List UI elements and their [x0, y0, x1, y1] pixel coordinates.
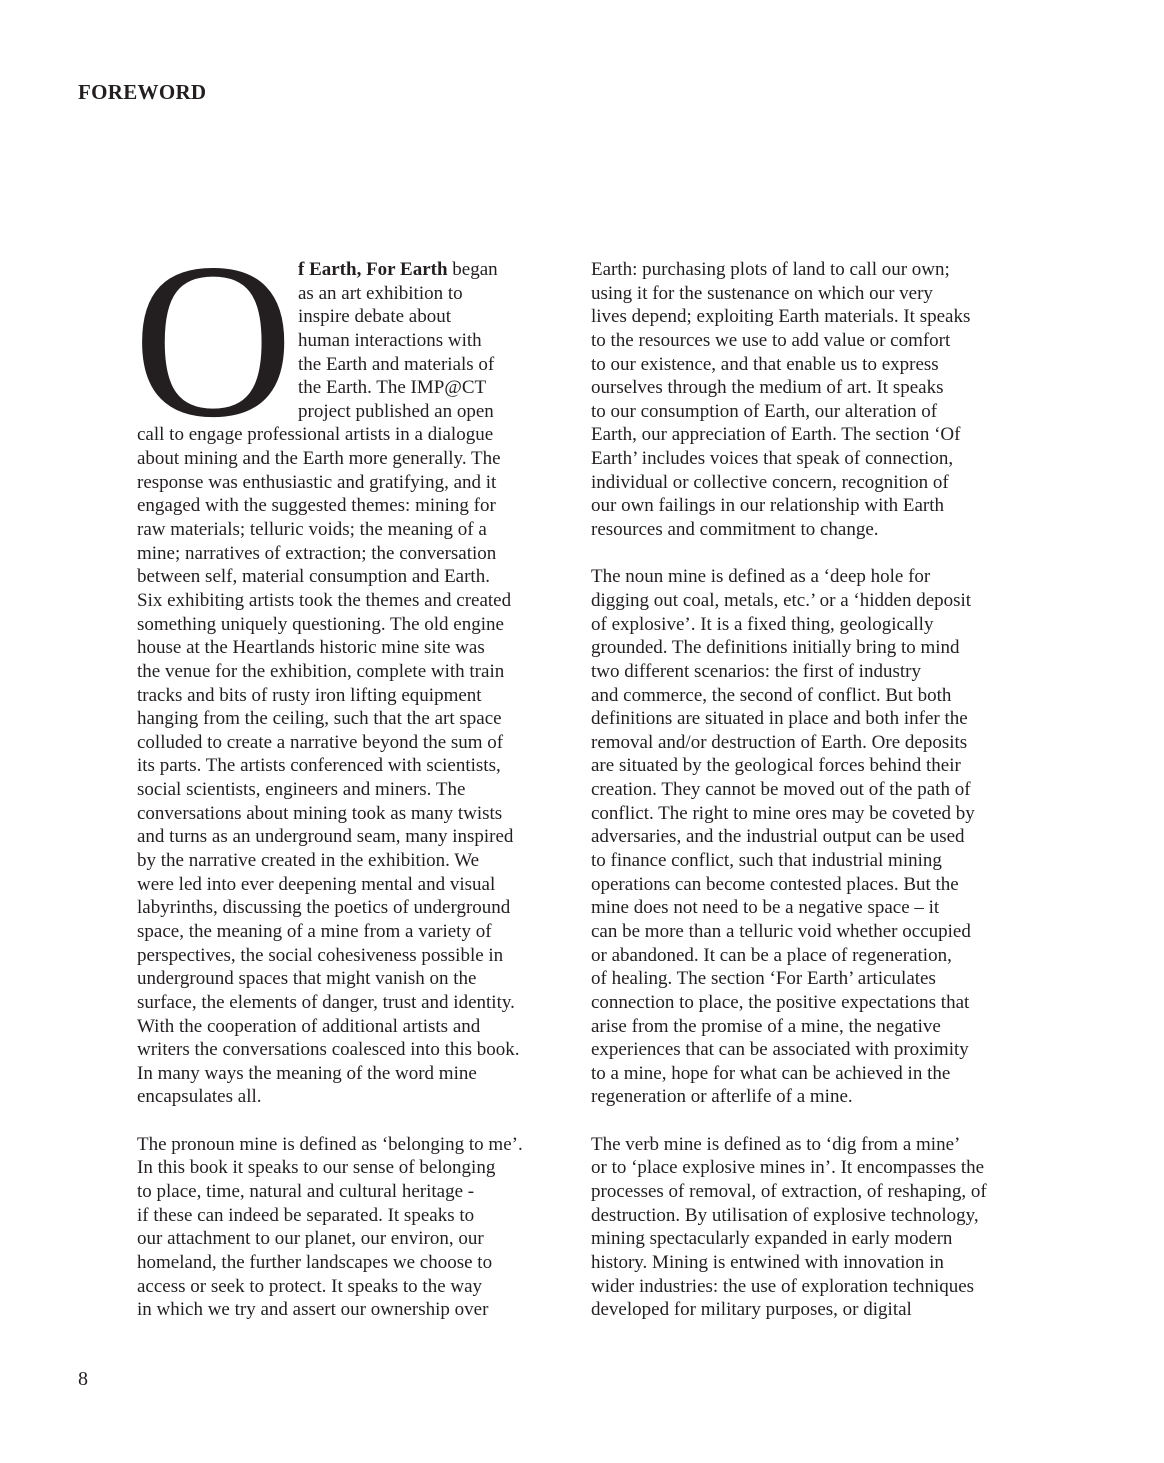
- text-line: engaged with the suggested themes: minin…: [137, 494, 567, 518]
- text-line: social scientists, engineers and miners.…: [137, 778, 567, 802]
- left-column: O f Earth, For Earth began as an art exh…: [137, 258, 567, 1322]
- text-line: its parts. The artists conferenced with …: [137, 754, 567, 778]
- text-line: to the resources we use to add value or …: [591, 329, 1031, 353]
- text-line: mine; narratives of extraction; the conv…: [137, 542, 567, 566]
- text-line: homeland, the further landscapes we choo…: [137, 1251, 567, 1275]
- text-line: to our consumption of Earth, our alterat…: [591, 400, 1031, 424]
- text-line: something uniquely questioning. The old …: [137, 613, 567, 637]
- running-head: FOREWORD: [78, 80, 206, 105]
- text-line: to a mine, hope for what can be achieved…: [591, 1062, 1031, 1086]
- text-line: conflict. The right to mine ores may be …: [591, 802, 1031, 826]
- text-line: using it for the sustenance on which our…: [591, 282, 1031, 306]
- paragraph-gap: [137, 1109, 567, 1133]
- text-line: or abandoned. It can be a place of regen…: [591, 944, 1031, 968]
- text-line: and commerce, the second of conflict. Bu…: [591, 684, 1031, 708]
- text-line: ourselves through the medium of art. It …: [591, 376, 1031, 400]
- text-line: individual or collective concern, recogn…: [591, 471, 1031, 495]
- text-line: arise from the promise of a mine, the ne…: [591, 1015, 1031, 1039]
- page-number: 8: [78, 1368, 88, 1391]
- text-line: are situated by the geological forces be…: [591, 754, 1031, 778]
- text-line: regeneration or afterlife of a mine.: [591, 1085, 1031, 1109]
- text-line: experiences that can be associated with …: [591, 1038, 1031, 1062]
- drop-cap: O: [133, 248, 293, 434]
- text-line: hanging from the ceiling, such that the …: [137, 707, 567, 731]
- text-line: to place, time, natural and cultural her…: [137, 1180, 567, 1204]
- text-line: perspectives, the social cohesiveness po…: [137, 944, 567, 968]
- text-line: our own failings in our relationship wit…: [591, 494, 1031, 518]
- text-line: space, the meaning of a mine from a vari…: [137, 920, 567, 944]
- text-line: surface, the elements of danger, trust a…: [137, 991, 567, 1015]
- text-line: by the narrative created in the exhibiti…: [137, 849, 567, 873]
- text-line: response was enthusiastic and gratifying…: [137, 471, 567, 495]
- text-line: house at the Heartlands historic mine si…: [137, 636, 567, 660]
- text-line: can be more than a telluric void whether…: [591, 920, 1031, 944]
- text-line: to finance conflict, such that industria…: [591, 849, 1031, 873]
- text-line: grounded. The definitions initially brin…: [591, 636, 1031, 660]
- text-line: In this book it speaks to our sense of b…: [137, 1156, 567, 1180]
- text-line: developed for military purposes, or digi…: [591, 1298, 1031, 1322]
- text-line: or to ‘place explosive mines in’. It enc…: [591, 1156, 1031, 1180]
- text-line: operations can become contested places. …: [591, 873, 1031, 897]
- text-line: mining spectacularly expanded in early m…: [591, 1227, 1031, 1251]
- text-line: if these can indeed be separated. It spe…: [137, 1204, 567, 1228]
- text-line: tracks and bits of rusty iron lifting eq…: [137, 684, 567, 708]
- text-line: connection to place, the positive expect…: [591, 991, 1031, 1015]
- text-line: processes of removal, of extraction, of …: [591, 1180, 1031, 1204]
- paragraph-pronoun: The pronoun mine is defined as ‘belongin…: [137, 1133, 567, 1322]
- text-line: in which we try and assert our ownership…: [137, 1298, 567, 1322]
- text-line: were led into ever deepening mental and …: [137, 873, 567, 897]
- text-line: between self, material consumption and E…: [137, 565, 567, 589]
- exhibition-title: f Earth, For Earth: [298, 259, 448, 280]
- text-line: The pronoun mine is defined as ‘belongin…: [137, 1133, 567, 1157]
- right-column: Earth: purchasing plots of land to call …: [591, 258, 1031, 1322]
- text-line: adversaries, and the industrial output c…: [591, 825, 1031, 849]
- text-line: definitions are situated in place and bo…: [591, 707, 1031, 731]
- text-line: creation. They cannot be moved out of th…: [591, 778, 1031, 802]
- text-line: our attachment to our planet, our enviro…: [137, 1227, 567, 1251]
- text-line: colluded to create a narrative beyond th…: [137, 731, 567, 755]
- text-line: raw materials; telluric voids; the meani…: [137, 518, 567, 542]
- text-line: The noun mine is defined as a ‘deep hole…: [591, 565, 1031, 589]
- text-line: mine does not need to be a negative spac…: [591, 896, 1031, 920]
- text-line: lives depend; exploiting Earth materials…: [591, 305, 1031, 329]
- text-line: the venue for the exhibition, complete w…: [137, 660, 567, 684]
- text-line: Earth, our appreciation of Earth. The se…: [591, 423, 1031, 447]
- text-line: destruction. By utilisation of explosive…: [591, 1204, 1031, 1228]
- text-line: labyrinths, discussing the poetics of un…: [137, 896, 567, 920]
- text-line: underground spaces that might vanish on …: [137, 967, 567, 991]
- text-line: and turns as an underground seam, many i…: [137, 825, 567, 849]
- text-line: writers the conversations coalesced into…: [137, 1038, 567, 1062]
- book-page: FOREWORD O f Earth, For Earth began as a…: [0, 0, 1164, 1463]
- text-line: history. Mining is entwined with innovat…: [591, 1251, 1031, 1275]
- text-line: resources and commitment to change.: [591, 518, 1031, 542]
- text-line: Earth: purchasing plots of land to call …: [591, 258, 1031, 282]
- text-line: removal and/or destruction of Earth. Ore…: [591, 731, 1031, 755]
- text-line: The verb mine is defined as to ‘dig from…: [591, 1133, 1031, 1157]
- paragraph-ownership: Earth: purchasing plots of land to call …: [591, 258, 1031, 542]
- text-line: wider industries: the use of exploration…: [591, 1275, 1031, 1299]
- text-line: In many ways the meaning of the word min…: [137, 1062, 567, 1086]
- text-line: encapsulates all.: [137, 1085, 567, 1109]
- text-line: of healing. The section ‘For Earth’ arti…: [591, 967, 1031, 991]
- text-line: to our existence, and that enable us to …: [591, 353, 1031, 377]
- text-line: conversations about mining took as many …: [137, 802, 567, 826]
- paragraph-noun: The noun mine is defined as a ‘deep hole…: [591, 565, 1031, 1109]
- text-line: two different scenarios: the first of in…: [591, 660, 1031, 684]
- text-line: Six exhibiting artists took the themes a…: [137, 589, 567, 613]
- paragraph-gap: [591, 1109, 1031, 1133]
- text-line: Earth’ includes voices that speak of con…: [591, 447, 1031, 471]
- text-line: of explosive’. It is a fixed thing, geol…: [591, 613, 1031, 637]
- text-line: digging out coal, metals, etc.’ or a ‘hi…: [591, 589, 1031, 613]
- text-line: access or seek to protect. It speaks to …: [137, 1275, 567, 1299]
- paragraph-gap: [591, 542, 1031, 566]
- text-line: With the cooperation of additional artis…: [137, 1015, 567, 1039]
- paragraph-verb: The verb mine is defined as to ‘dig from…: [591, 1133, 1031, 1322]
